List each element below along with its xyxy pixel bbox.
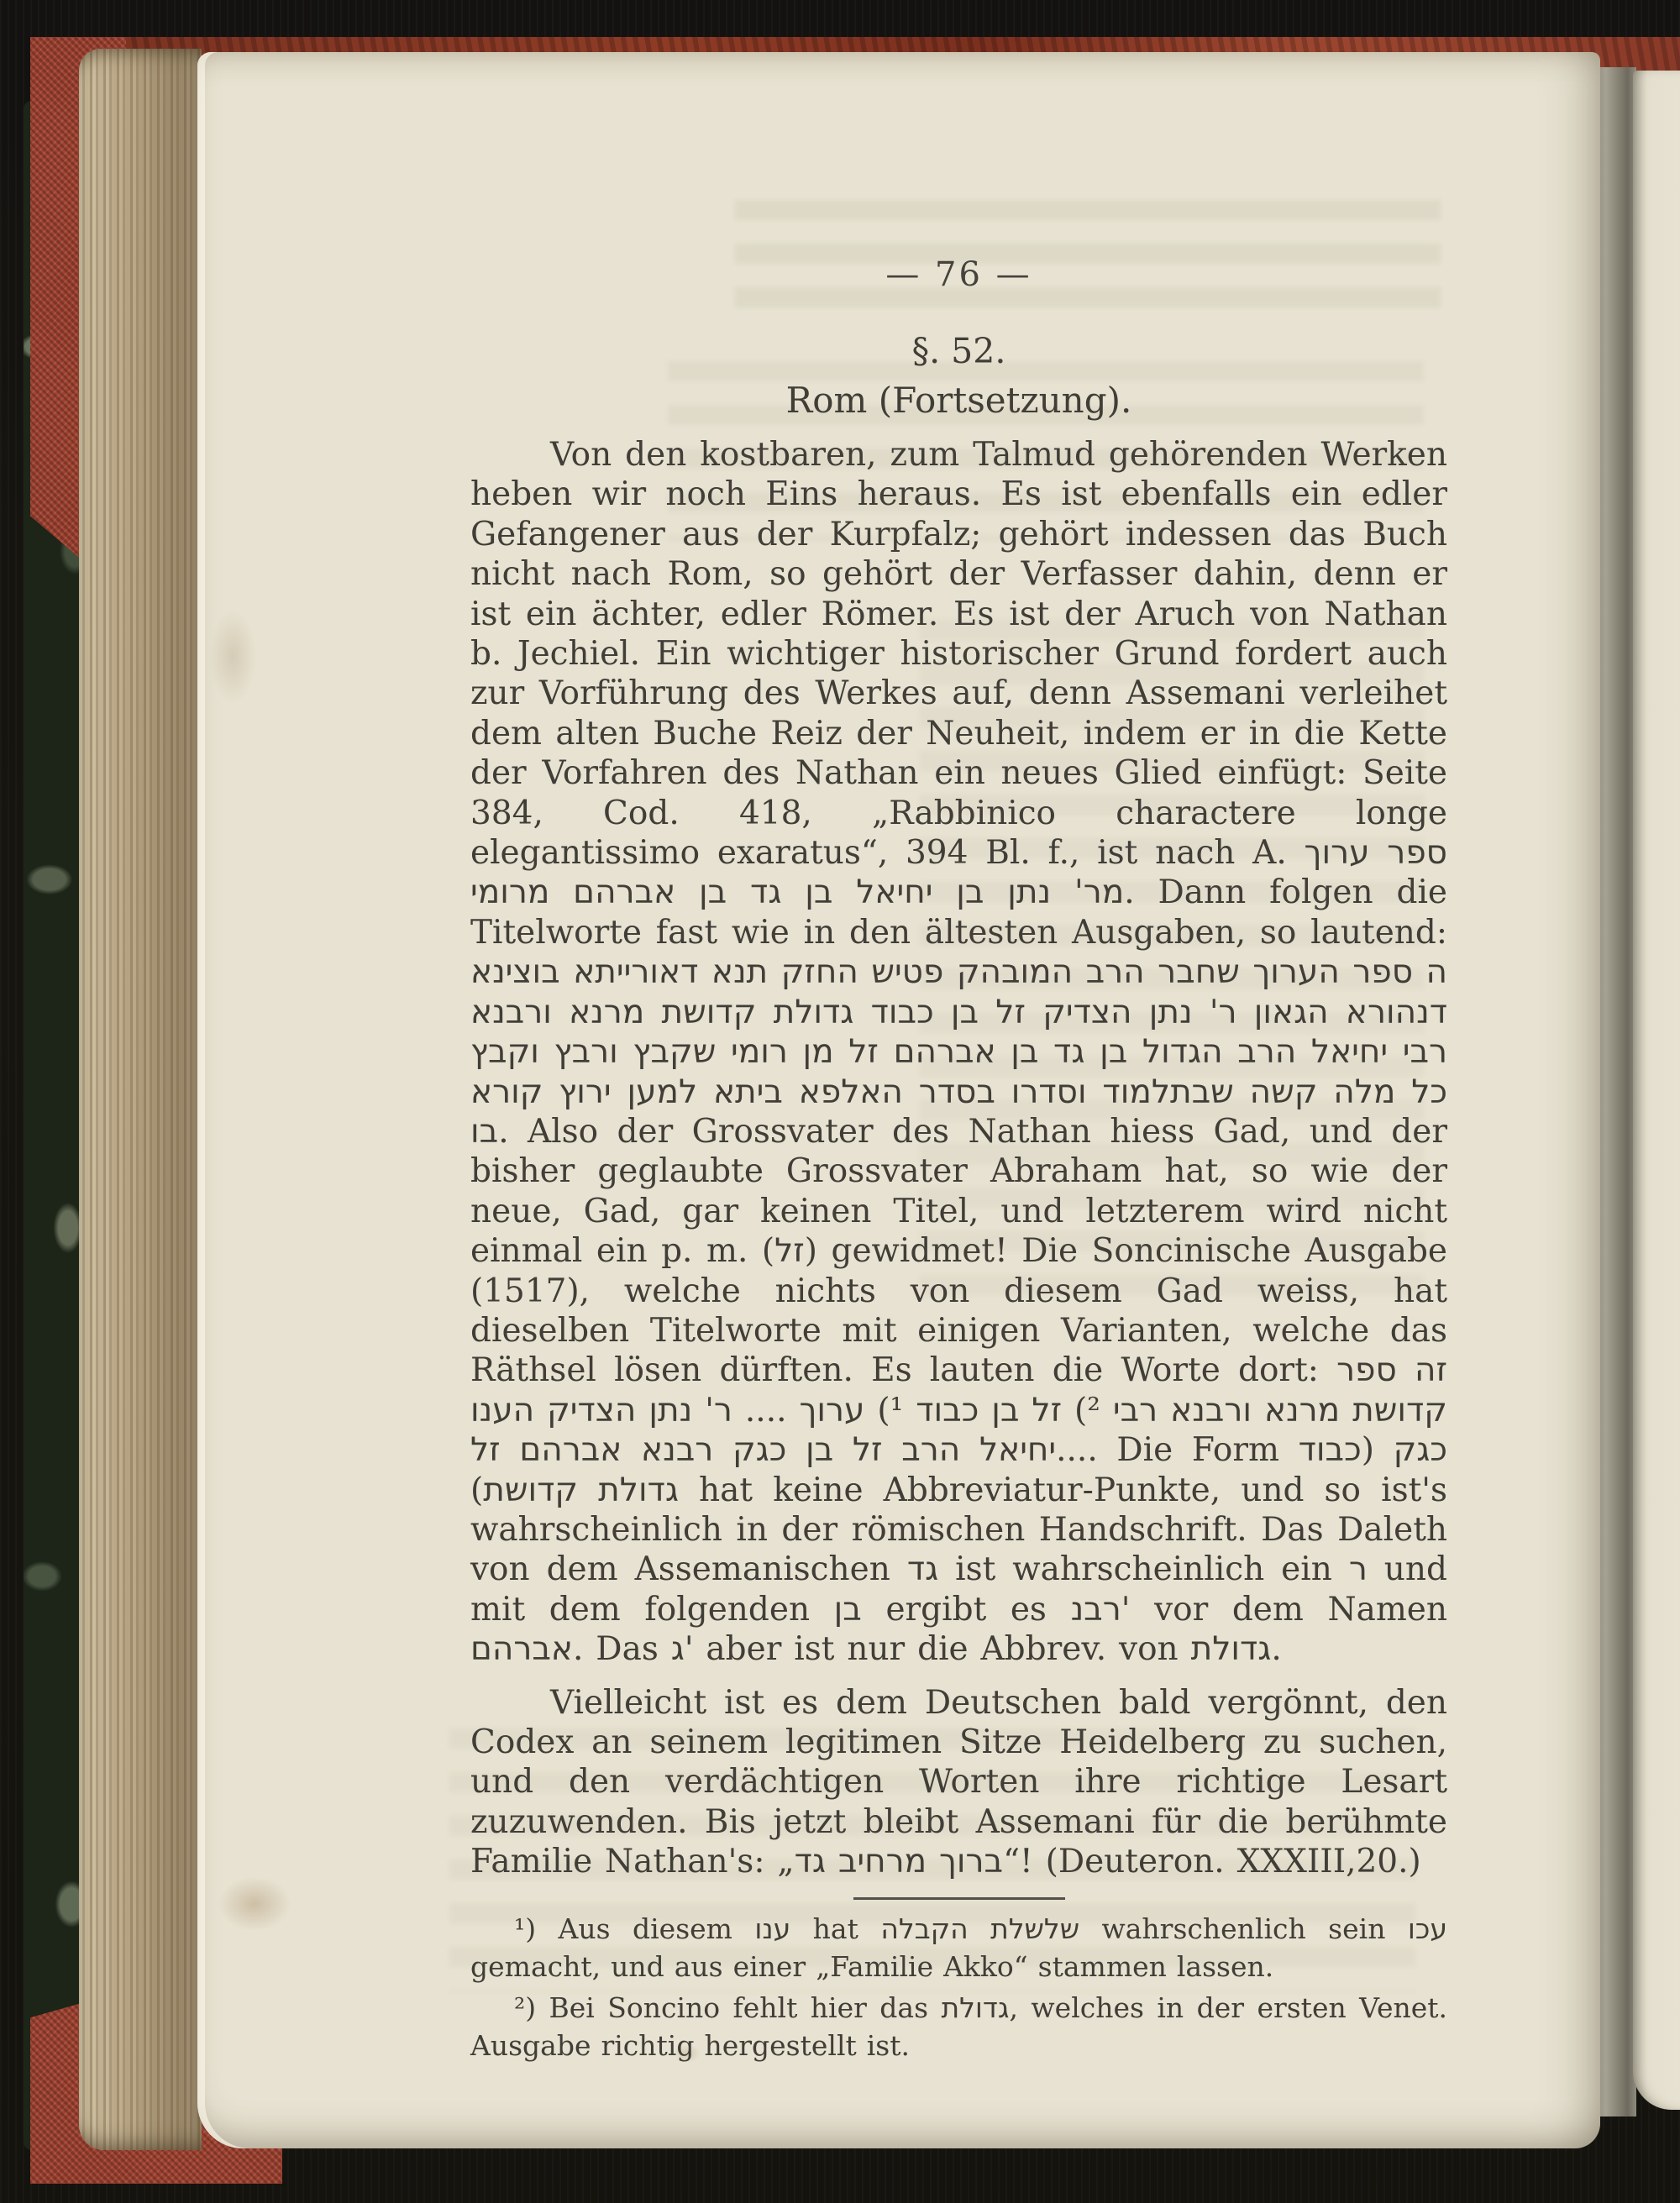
footnote-separator-rule	[853, 1897, 1065, 1900]
page-stain	[204, 1866, 305, 1942]
book-page: — 76 — §. 52. Rom (Fortsetzung). Von den…	[197, 52, 1600, 2148]
footnote: ²) Bei Soncino fehlt hier das גדולת, wel…	[470, 1989, 1447, 2064]
section-subheading: Rom (Fortsetzung).	[470, 380, 1447, 422]
section-heading: §. 52.	[470, 331, 1447, 371]
page-fore-edge-stack	[79, 49, 202, 2150]
page-number: — 76 —	[470, 255, 1447, 294]
book-photograph: — 76 — §. 52. Rom (Fortsetzung). Von den…	[0, 0, 1680, 2203]
body-paragraph: Vielleicht ist es dem Deutschen bald ver…	[470, 1683, 1447, 1882]
adjacent-page-edge	[1633, 71, 1680, 2110]
footnote: ¹) Aus diesem ענו hat שלשלת הקבלה wahrsc…	[470, 1910, 1447, 1985]
page-stain	[199, 590, 266, 724]
text-column: — 76 — §. 52. Rom (Fortsetzung). Von den…	[470, 255, 1447, 2064]
body-paragraph: Von den kostbaren, zum Talmud gehörenden…	[470, 435, 1447, 1670]
